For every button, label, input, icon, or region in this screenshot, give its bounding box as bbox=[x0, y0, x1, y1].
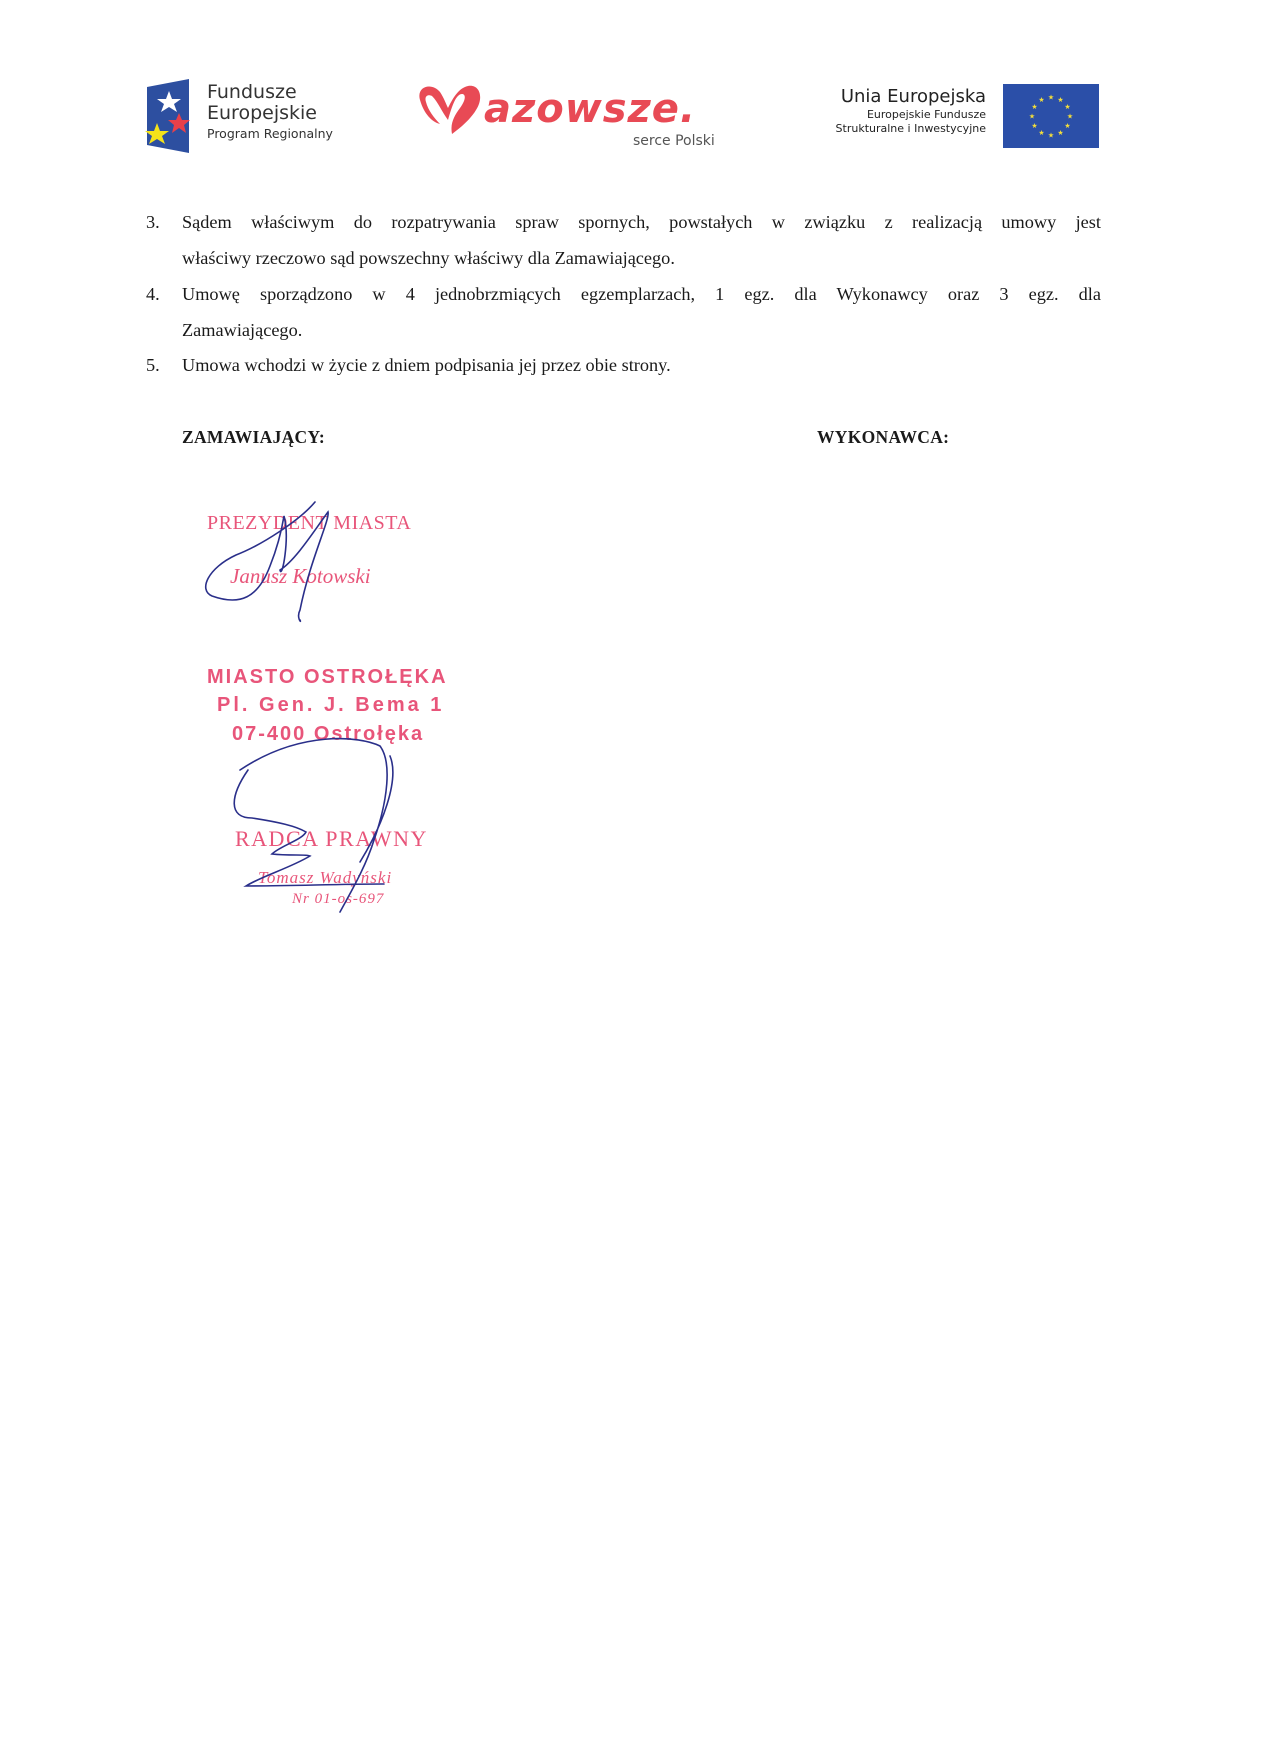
svg-text:★: ★ bbox=[1029, 113, 1035, 121]
svg-text:★: ★ bbox=[1064, 122, 1070, 130]
zamawiajacy-heading: ZAMAWIAJĄCY: bbox=[182, 427, 325, 448]
wykonawca-heading: WYKONAWCA: bbox=[817, 427, 949, 448]
clause-number: 5. bbox=[146, 347, 160, 383]
unia-europejska-text: Unia Europejska Europejskie Fundusze Str… bbox=[770, 86, 986, 136]
svg-text:★: ★ bbox=[1048, 94, 1054, 102]
ue-line2: Europejskie Fundusze bbox=[770, 108, 986, 122]
svg-text:azowsze.: azowsze. bbox=[484, 86, 696, 132]
stamp-president-title: PREZYDENT MIASTA bbox=[207, 512, 411, 535]
svg-text:★: ★ bbox=[1048, 132, 1054, 140]
svg-text:★: ★ bbox=[1031, 103, 1037, 111]
clause-4: 4. Umowę sporządzono w 4 jednobrzmiących… bbox=[146, 276, 1101, 348]
svg-text:★: ★ bbox=[1031, 122, 1037, 130]
fundusze-europejskie-text: Fundusze Europejskie Program Regionalny bbox=[207, 82, 333, 143]
svg-text:★: ★ bbox=[1064, 103, 1070, 111]
fe-line3: Program Regionalny bbox=[207, 125, 333, 143]
clause-text-line: Umowę sporządzono w 4 jednobrzmiących eg… bbox=[182, 276, 1101, 348]
ue-line3: Strukturalne i Inwestycyjne bbox=[770, 122, 986, 136]
stamp-city-line1: MIASTO OSTROŁĘKA bbox=[207, 666, 448, 689]
svg-text:★: ★ bbox=[1057, 96, 1063, 104]
stamp-lawyer-number: Nr 01-os-697 bbox=[292, 891, 384, 908]
mazowsze-logo-icon: azowsze. bbox=[414, 80, 744, 140]
svg-text:★: ★ bbox=[1038, 96, 1044, 104]
fe-line2: Europejskie bbox=[207, 103, 333, 124]
fe-line1: Fundusze bbox=[207, 82, 333, 103]
svg-text:★: ★ bbox=[1038, 129, 1044, 137]
clause-5: 5. Umowa wchodzi w życie z dniem podpisa… bbox=[146, 347, 1101, 383]
ue-line1: Unia Europejska bbox=[770, 86, 986, 108]
clause-number: 4. bbox=[146, 276, 160, 312]
mazowsze-tagline: serce Polski bbox=[633, 133, 715, 149]
stamp-city-line2: Pl. Gen. J. Bema 1 bbox=[217, 694, 444, 717]
stamp-lawyer-title: RADCA PRAWNY bbox=[235, 826, 428, 852]
clause-number: 3. bbox=[146, 204, 160, 240]
stamp-lawyer-name: Tomasz Wadyński bbox=[258, 868, 392, 888]
eu-flag-icon: ★★★★★★★★★★★★ bbox=[1003, 84, 1099, 148]
stamp-president-name: Janusz Kotowski bbox=[230, 564, 371, 589]
fundusze-europejskie-logo-icon bbox=[143, 79, 193, 153]
clause-3: 3. Sądem właściwym do rozpatrywania spra… bbox=[146, 204, 1101, 276]
clause-text-line: Umowa wchodzi w życie z dniem podpisania… bbox=[182, 347, 1101, 383]
svg-text:★: ★ bbox=[1057, 129, 1063, 137]
stamp-city-line3: 07-400 Ostrołęka bbox=[232, 723, 424, 746]
svg-text:★: ★ bbox=[1067, 113, 1073, 121]
